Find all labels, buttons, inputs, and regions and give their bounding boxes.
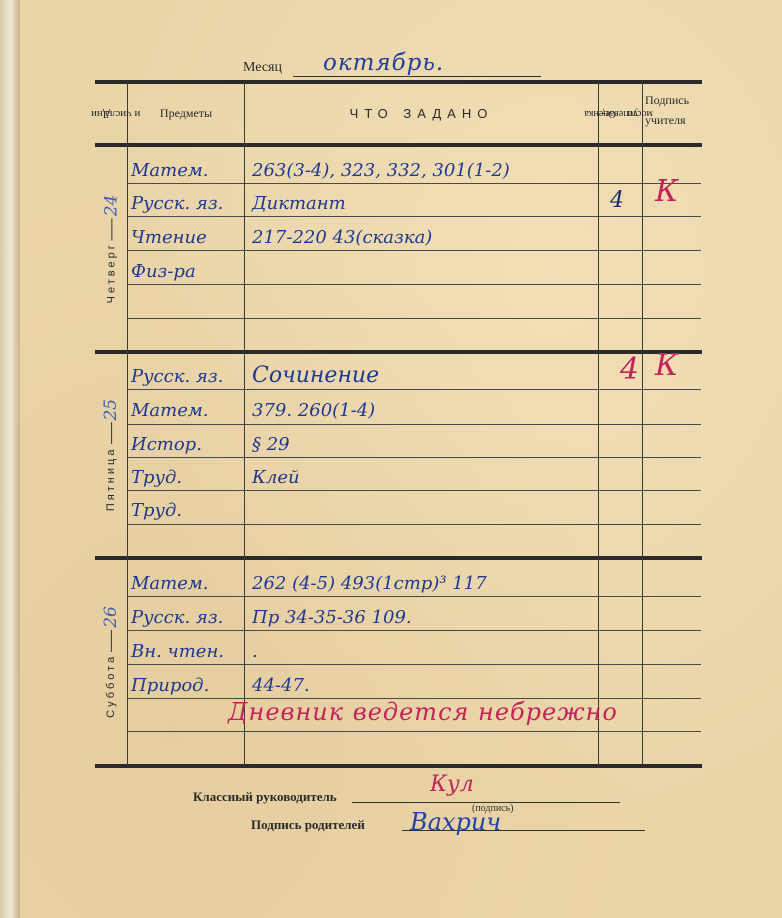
month-value: октябрь. bbox=[323, 50, 444, 76]
class-teacher-label: Классный руководитель bbox=[193, 789, 337, 805]
teacher-remark: Дневник ведется небрежно bbox=[228, 698, 618, 726]
teacher-signature: К bbox=[655, 174, 678, 209]
header-grade-column: Оценкауспевае-мости bbox=[599, 83, 642, 143]
page-binding-edge bbox=[0, 0, 20, 918]
teacher-signature: К bbox=[655, 348, 678, 383]
row-divider bbox=[127, 731, 701, 732]
parents-signature: Вахрич bbox=[410, 808, 501, 836]
assignment-cell: Сочинение bbox=[252, 363, 379, 388]
day-label-saturday: Суббота26 bbox=[96, 560, 126, 764]
assignment-cell: . bbox=[252, 641, 258, 662]
row-divider bbox=[127, 524, 701, 525]
assignment-cell: Пр 34-35-36 109. bbox=[252, 607, 412, 628]
grade-cell: 4 bbox=[610, 188, 624, 213]
subject-cell: Вн. чтен. bbox=[131, 641, 224, 662]
subject-cell: Труд. bbox=[131, 467, 182, 488]
row-divider bbox=[127, 250, 701, 251]
subject-cell: Матем. bbox=[131, 573, 209, 594]
assignment-cell: 217-220 43(сказка) bbox=[252, 227, 432, 248]
subject-cell: Природ. bbox=[131, 675, 209, 696]
subject-cell: Русск. яз. bbox=[131, 607, 223, 628]
row-divider bbox=[127, 630, 701, 631]
assignment-cell: Клей bbox=[252, 467, 300, 488]
header-signature-column: Подпись учителя bbox=[645, 90, 705, 130]
row-divider bbox=[127, 284, 701, 285]
column-divider-grade bbox=[642, 82, 643, 766]
header-days-column: Днии числа bbox=[98, 83, 126, 143]
subject-cell: Физ-ра bbox=[131, 261, 196, 282]
class-teacher-signature: Кул bbox=[430, 772, 474, 797]
row-divider bbox=[127, 596, 701, 597]
month-field: Месяц октябрь. bbox=[243, 56, 543, 78]
row-divider bbox=[127, 318, 701, 319]
thursday-bottom-border bbox=[95, 350, 702, 354]
header-subjects-column: Предметы bbox=[128, 83, 244, 143]
subject-cell: Русск. яз. bbox=[131, 366, 223, 387]
row-divider bbox=[127, 183, 701, 184]
subject-cell: Матем. bbox=[131, 400, 209, 421]
day-label-thursday: Четверг24 bbox=[96, 147, 126, 350]
subject-cell: Чтение bbox=[131, 227, 207, 248]
month-label: Месяц bbox=[243, 60, 282, 76]
row-divider bbox=[127, 664, 701, 665]
header-assigned-column: ЧТО ЗАДАНО bbox=[245, 83, 598, 143]
row-divider bbox=[127, 490, 701, 491]
assignment-cell: 263(3-4), 323, 332, 301(1-2) bbox=[252, 160, 510, 181]
row-divider bbox=[127, 216, 701, 217]
assignment-cell: 262 (4-5) 493(1стр)³ 117 bbox=[252, 573, 487, 594]
column-divider-assigned bbox=[598, 82, 599, 766]
assignment-cell: 379. 260(1-4) bbox=[252, 400, 375, 421]
column-divider-subjects bbox=[244, 82, 245, 766]
grade-cell: 4 bbox=[620, 352, 639, 387]
assignment-cell: 44-47. bbox=[252, 675, 310, 696]
parents-signature-label: Подпись родителей bbox=[251, 817, 365, 833]
row-divider bbox=[127, 457, 701, 458]
subject-cell: Матем. bbox=[131, 160, 209, 181]
subject-cell: Истор. bbox=[131, 434, 202, 455]
column-divider-days bbox=[127, 82, 128, 766]
subject-cell: Русск. яз. bbox=[131, 193, 223, 214]
day-label-friday: Пятница25 bbox=[96, 354, 126, 556]
assignment-cell: Диктант bbox=[252, 193, 346, 214]
assignment-cell: § 29 bbox=[252, 434, 290, 455]
subject-cell: Труд. bbox=[131, 500, 182, 521]
row-divider bbox=[127, 389, 701, 390]
friday-bottom-border bbox=[95, 556, 702, 560]
month-underline bbox=[293, 76, 541, 77]
table-bottom-border bbox=[95, 764, 702, 768]
header-bottom-border bbox=[95, 143, 702, 147]
row-divider bbox=[127, 424, 701, 425]
